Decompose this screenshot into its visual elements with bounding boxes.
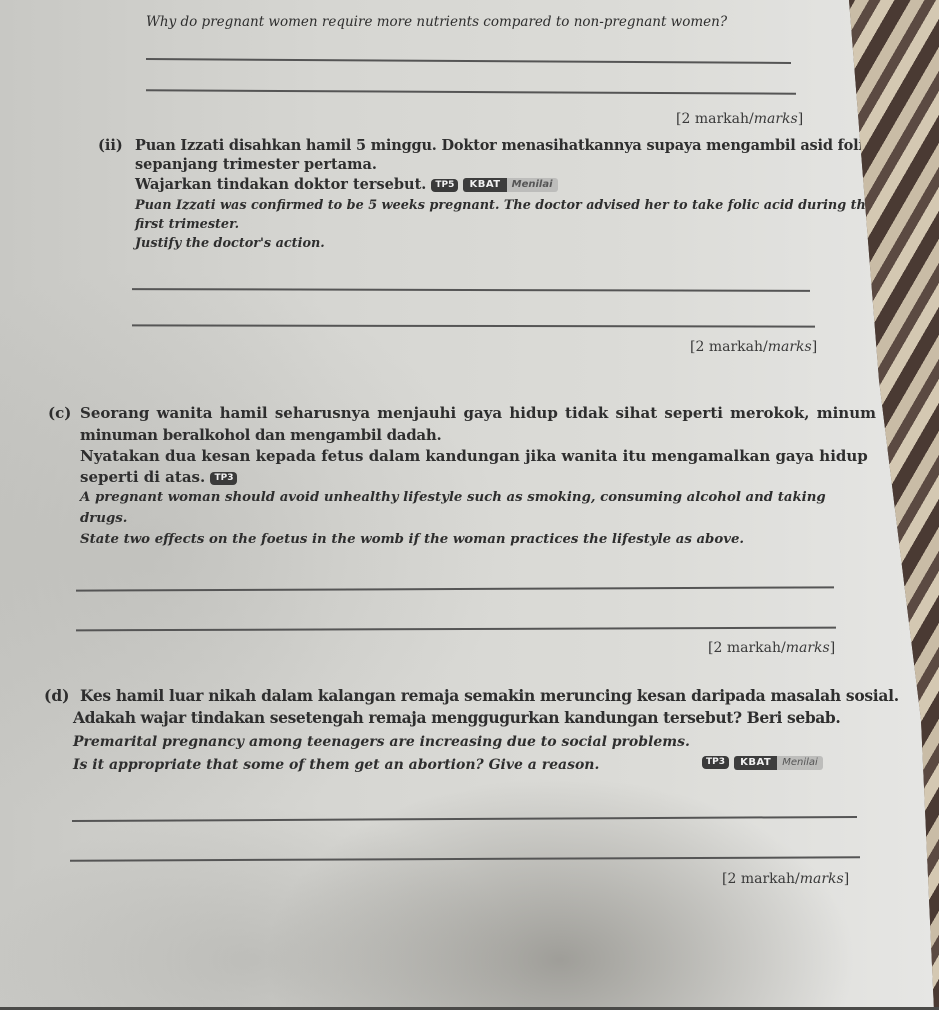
question-number: (ii)	[98, 139, 123, 154]
question-c-malay-line4: seperti di atas. TP3	[80, 470, 237, 485]
answer-line[interactable]	[76, 586, 834, 591]
question-b-ii-english-line3: Justify the doctor's action.	[135, 238, 325, 251]
question-number: (c)	[48, 406, 71, 421]
question-c-malay-line3: Nyatakan dua kesan kepada fetus dalam ka…	[80, 449, 868, 464]
question-c-english-line3: State two effects on the foetus in the w…	[80, 533, 744, 546]
question-c-english-line2: drugs.	[80, 512, 127, 525]
question-d-english-line1: Premarital pregnancy among teenagers are…	[73, 735, 690, 749]
marks-label: [2 markah/marks]	[708, 640, 835, 656]
question-d-malay-line1: Kes hamil luar nikah dalam kalangan rema…	[80, 688, 899, 704]
worksheet-page: Why do pregnant women require more nutri…	[0, 0, 939, 1010]
question-d-badges: TP3 KBATMenilai	[702, 754, 823, 770]
answer-line[interactable]	[132, 324, 815, 327]
tp-level-badge: TP3	[210, 472, 237, 485]
marks-label: [2 markah/marks]	[722, 871, 849, 887]
answer-line[interactable]	[132, 288, 810, 292]
kbat-badge: KBATMenilai	[734, 756, 823, 770]
kbat-label: KBAT	[463, 178, 506, 192]
answer-line[interactable]	[72, 816, 857, 822]
answer-line[interactable]	[76, 627, 836, 632]
question-b-ii-malay-line3: Wajarkan tindakan doktor tersebut. TP5 K…	[135, 178, 558, 193]
marks-label: [2 markah/marks]	[690, 339, 817, 355]
kbat-badge: KBATMenilai	[463, 178, 557, 192]
answer-line[interactable]	[146, 89, 796, 94]
question-b-ii-instruction: Wajarkan tindakan doktor tersebut.	[135, 176, 426, 193]
answer-line[interactable]	[146, 58, 791, 64]
question-c-malay-line2: minuman beralkohol dan mengambil dadah.	[80, 428, 441, 443]
kbat-label: KBAT	[734, 756, 777, 770]
question-d-english-line2: Is it appropriate that some of them get …	[73, 758, 599, 772]
question-b-ii-english-line1: Puan Izzati was confirmed to be 5 weeks …	[135, 200, 874, 213]
tp-level-badge: TP5	[431, 179, 458, 192]
question-d-malay-line2: Adakah wajar tindakan sesetengah remaja …	[73, 710, 840, 726]
question-b-ii-english-line2: first trimester.	[135, 219, 239, 232]
question-c-malay-line1: Seorang wanita hamil seharusnya menjauhi…	[80, 406, 876, 421]
question-b-ii-malay-line1: Puan Izzati disahkan hamil 5 minggu. Dok…	[135, 139, 874, 154]
question-b-ii-malay-line2: sepanjang trimester pertama.	[135, 158, 377, 173]
question-number: (d)	[44, 688, 70, 704]
answer-line[interactable]	[70, 856, 860, 861]
marks-label: [2 markah/marks]	[676, 111, 803, 127]
kbat-level: Menilai	[507, 178, 558, 192]
question-c-english-line1: A pregnant woman should avoid unhealthy …	[80, 491, 826, 504]
kbat-level: Menilai	[777, 756, 823, 770]
question-b-i-english: Why do pregnant women require more nutri…	[146, 16, 727, 30]
tp-level-badge: TP3	[702, 756, 729, 769]
